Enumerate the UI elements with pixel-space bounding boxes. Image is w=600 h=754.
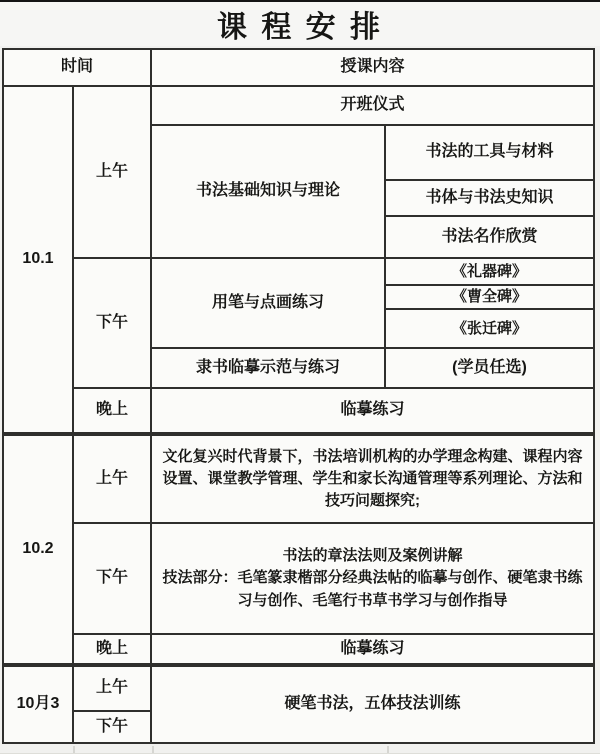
day1-date-cell: 10.1 (4, 87, 72, 432)
day2-afternoon-content-cell: 书法的章法法则及案例讲解 技法部分：毛笔篆隶楷部分经典法帖的临摹与创作、硬笔隶书… (152, 524, 593, 633)
cutoff-row (0, 746, 600, 754)
opening-ceremony-cell: 开班仪式 (152, 87, 593, 124)
copy-demo-cell: 隶书临摹示范与练习 (152, 349, 384, 387)
day1-morning-label: 上午 (74, 87, 150, 257)
day2-date-cell: 10.2 (4, 434, 72, 663)
brushwork-practice-cell: 用笔与点画练习 (152, 259, 384, 347)
masterpiece-appreciation-cell: 书法名作欣赏 (386, 217, 593, 257)
day2-morning-label: 上午 (74, 434, 150, 522)
day2-evening-label: 晚上 (74, 635, 150, 663)
script-history-cell: 书体与书法史知识 (386, 181, 593, 215)
day1-afternoon-label: 下午 (74, 259, 150, 387)
day3-morning-label: 上午 (74, 665, 150, 710)
day2-morning-content-cell: 文化复兴时代背景下，书法培训机构的办学理念构建、课程内容设置、课堂教学管理、学生… (152, 434, 593, 522)
page: 课 程 安 排 时间 授课内容 10.1 上午 开班仪式 书法基础知识与理论 书… (0, 0, 600, 754)
page-title: 课 程 安 排 (0, 2, 600, 46)
day1-evening-content-cell: 临摹练习 (152, 389, 593, 432)
schedule-table: 时间 授课内容 10.1 上午 开班仪式 书法基础知识与理论 书法的工具与材料 … (2, 48, 595, 744)
tools-materials-cell: 书法的工具与材料 (386, 126, 593, 179)
liqi-stele-cell: 《礼器碑》 (386, 259, 593, 284)
day2-afternoon-label: 下午 (74, 524, 150, 633)
day3-afternoon-label: 下午 (74, 712, 150, 742)
student-choice-cell: (学员任选) (386, 349, 593, 387)
composition-rules-line: 书法的章法法则及案例讲解 (282, 545, 462, 567)
technique-section-line: 技法部分：毛笔篆隶楷部分经典法帖的临摹与创作、硬笔隶书练习与创作、毛笔行书草书学… (161, 567, 584, 611)
theory-cell: 书法基础知识与理论 (152, 126, 384, 257)
day2-evening-content-cell: 临摹练习 (152, 635, 593, 663)
header-content-cell: 授课内容 (152, 50, 593, 85)
zhangqian-stele-cell: 《张迁碑》 (386, 310, 593, 347)
header-time-cell: 时间 (4, 50, 150, 85)
caoquan-stele-cell: 《曹全碑》 (386, 286, 593, 308)
day1-evening-label: 晚上 (74, 389, 150, 432)
day3-date-cell: 10月3 (4, 665, 72, 742)
day3-content-cell: 硬笔书法，五体技法训练 (152, 665, 593, 742)
